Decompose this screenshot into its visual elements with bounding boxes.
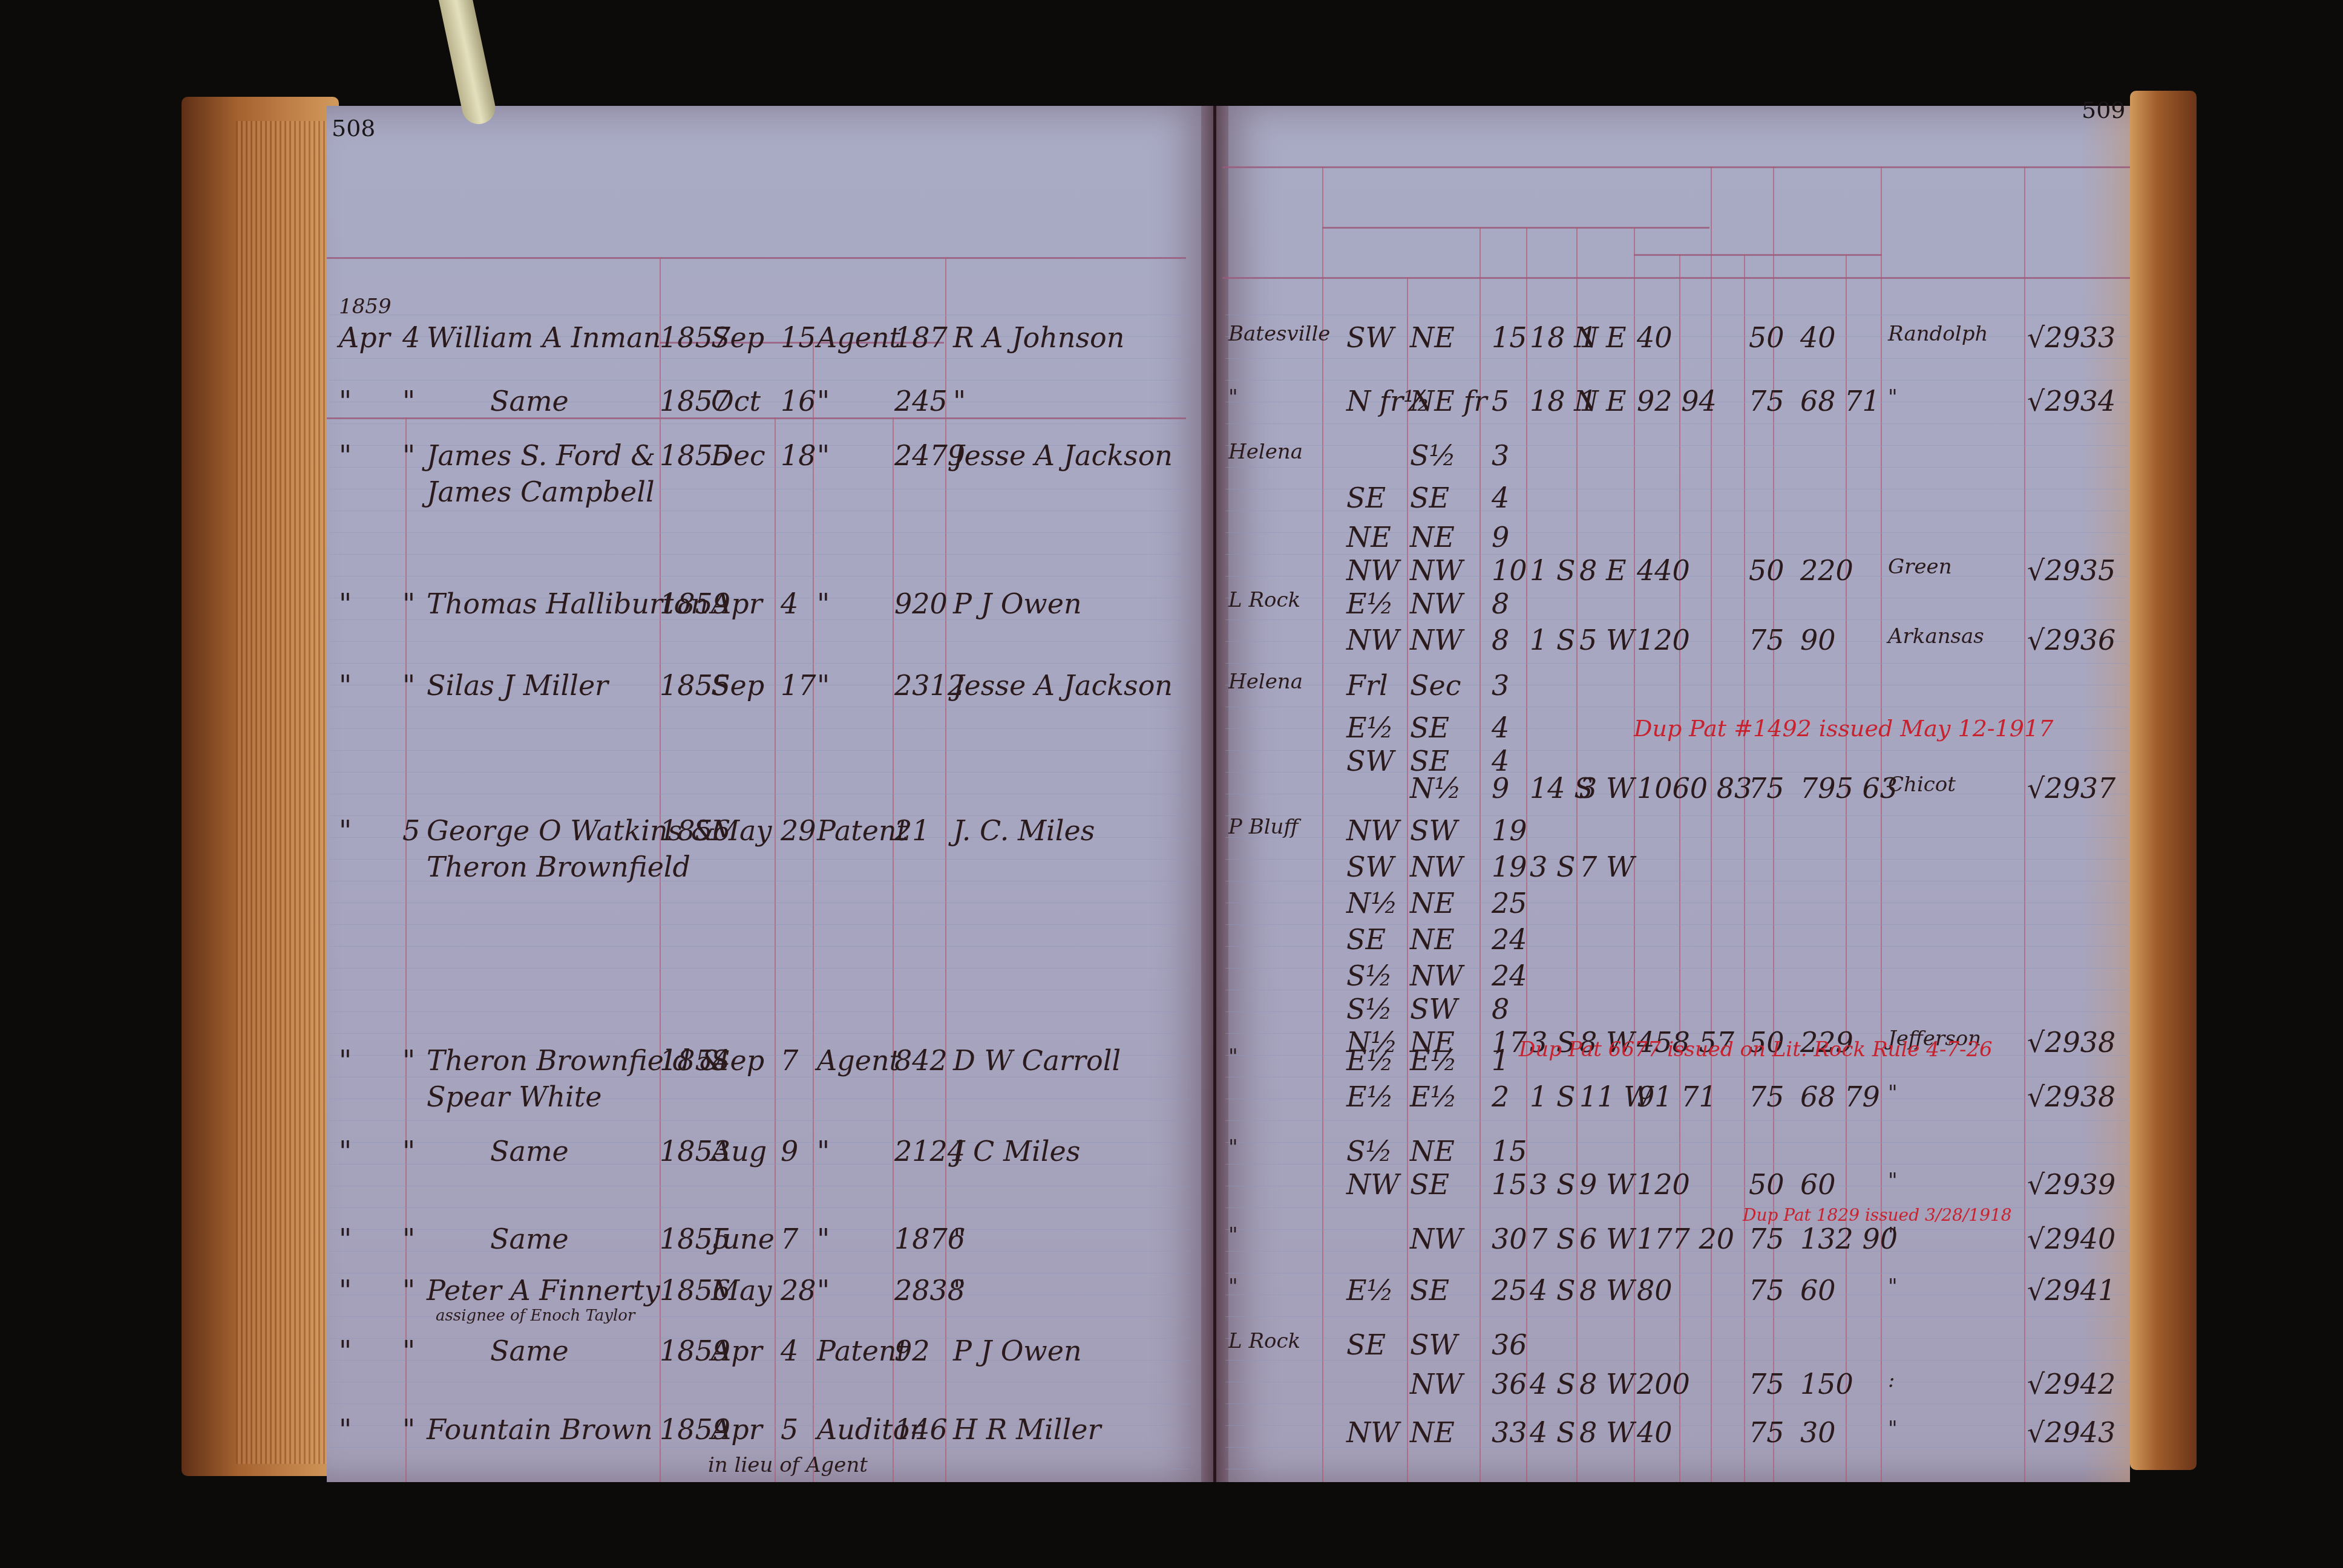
cell-sub2: Sec [1410,671,1461,699]
ruled-line [330,380,1189,381]
col-line [1407,277,1408,1482]
ruled-line [330,1033,1189,1034]
cell-sub2: NE fr [1410,387,1487,415]
cell-sub1: E½ [1346,1083,1394,1111]
cell-office: " [1228,1047,1238,1067]
ruled-line [330,1186,1189,1186]
col-line [813,342,814,1482]
ruled-line [330,728,1189,729]
cell-twp: 4 S [1530,1276,1575,1304]
cell-county: Randolph [1888,324,1988,344]
cell-acres: 440 [1637,557,1690,584]
ruled-line [330,576,1189,577]
cell-rng: 7 W [1579,853,1634,881]
cell-month: " [339,1337,352,1365]
ruled-line [1225,445,2127,446]
cell-acres: 40 [1637,1419,1673,1446]
cell-how: Agent [817,1047,900,1074]
cell-patent-no: √2943 [2027,1419,2115,1446]
ruled-line [330,707,1189,707]
cell-rng: 8 W [1579,1419,1634,1446]
cell-office: " [1228,1276,1238,1297]
cell-amount: 30 [1800,1419,1836,1446]
cell-patent-no: √2941 [2027,1276,2115,1304]
cell-rng: 3 W [1579,774,1634,802]
cell-month: " [339,1225,352,1253]
ruled-line [330,1011,1189,1012]
cell-amount: 68 79 [1800,1083,1880,1111]
ruled-line [1225,467,2127,468]
cell-name-note: assignee of Enoch Taylor [436,1308,635,1324]
cell-how: " [817,1225,830,1253]
col-line [1679,254,1680,1482]
ruled-line [330,794,1189,794]
ruled-line [330,903,1189,903]
cell-twp: 1 S [1530,557,1575,584]
ruled-line [1225,1120,2127,1121]
col-line [1744,254,1745,1482]
cell-day: " [402,1276,415,1304]
cell-sec: 3 [1492,442,1509,469]
cell-sub1: SW [1346,747,1394,775]
cell-amount: 132 90 [1800,1225,1898,1253]
cell-to-whom: Jesse A Jackson [953,442,1173,469]
ruled-line [330,924,1189,925]
cell-name-line2: Theron Brownfield [427,853,690,881]
cell-county: " [1888,1419,1898,1439]
cell-sub1: N½ [1346,889,1398,917]
cell-sec: 24 [1492,962,1527,990]
cell-day: " [402,1337,415,1365]
book-cover-right [2130,91,2197,1470]
cell-sec: 36 [1492,1370,1527,1398]
cell-sub2: NE [1410,1137,1455,1165]
col-line [1846,254,1847,1482]
cell-to-whom: Jesse A Jackson [953,671,1173,699]
cell-rng: 6 W [1579,1225,1634,1253]
ruled-line [1225,1273,2127,1273]
cell-name: Same [490,387,569,415]
cell-office: " [1228,1137,1238,1158]
cell-sub1: S½ [1346,995,1392,1023]
cell-acres: 120 [1637,1171,1690,1198]
cell-how: Agent [817,324,900,351]
cell-day: " [402,590,415,618]
cell-entry-month: Apr [711,590,762,618]
cell-twp: 3 S [1530,1171,1575,1198]
cell-day: " [402,1047,415,1074]
cell-patent-no: √2939 [2027,1171,2115,1198]
header-rule-top-left [327,257,1186,259]
cell-sub2: NE [1410,889,1455,917]
cell-entry-month: May [711,1276,772,1304]
cell-sec: 10 [1492,557,1527,584]
ruled-line [1225,358,2127,359]
cell-rate: 75 [1749,1276,1784,1304]
cell-patent-no: √2936 [2027,626,2115,654]
col-line [1881,166,1882,1482]
left-page-number: 508 [332,115,376,142]
cell-day: 4 [402,324,420,351]
cell-rng: 1 E [1579,387,1626,415]
cell-how: " [817,590,830,618]
cell-entry-day: 7 [781,1225,798,1253]
cell-sub1: SE [1346,926,1386,953]
cell-month: " [339,387,352,415]
cell-entry-day: 29 [781,817,816,844]
cell-rng: 8 E [1579,557,1626,584]
ruled-line [330,641,1189,642]
cell-sec: 15 [1492,1171,1527,1198]
cell-entry-day: 4 [781,590,798,618]
cell-how: " [817,1276,830,1304]
ruled-line [1225,1403,2127,1404]
cell-sec: 19 [1492,817,1527,844]
cell-to-whom: P J Owen [953,1337,1082,1365]
book-gutter [1201,106,1228,1482]
ruled-line [1225,1316,2127,1317]
cell-twp: 1 S [1530,1083,1575,1111]
cell-county: " [1888,387,1898,408]
cell-entry-day: 7 [781,1047,798,1074]
cell-amount: 40 [1800,324,1836,351]
right-page-number: 509 [2082,97,2126,123]
cell-name: James S. Ford & [427,442,655,469]
ruled-line [330,663,1189,664]
cell-sec: 2 [1492,1083,1509,1111]
cell-county: Chicot [1888,774,1956,795]
cell-entry-month: June [711,1225,775,1253]
cell-amount: 220 [1800,557,1853,584]
cell-sub1: E½ [1346,590,1394,618]
cell-day: " [402,671,415,699]
cell-amount: 150 [1800,1370,1853,1398]
cell-name: Same [490,1137,569,1165]
cell-twp: 3 S [1530,853,1575,881]
cell-sub1: S½ [1346,1137,1392,1165]
cell-county: " [1888,1276,1898,1297]
cell-sub1: SE [1346,1331,1386,1359]
cell-rng: 1 E [1579,324,1626,351]
cell-office: Helena [1228,442,1303,462]
cell-patent-no: √2942 [2027,1370,2115,1398]
cell-entry-day: 18 [781,442,816,469]
cell-sec: 33 [1492,1419,1527,1446]
cell-amount: 60 [1800,1276,1836,1304]
red-annotation: Dup Pat 6677 issued on Lit. Rock Rule 4-… [1519,1039,1993,1060]
cell-rate: 75 [1749,1225,1784,1253]
cell-to-whom: " [953,1225,966,1253]
cell-to-whom: " [953,387,966,415]
cell-sub1: Frl [1346,671,1388,699]
cell-rate: 75 [1749,387,1784,415]
cell-acres: 91 71 [1637,1083,1717,1111]
cell-patent-no: √2937 [2027,774,2115,802]
cell-acres: 200 [1637,1370,1690,1398]
cell-sub2: NW [1410,626,1463,654]
cell-rate: 50 [1749,324,1784,351]
cell-rate: 75 [1749,626,1784,654]
cell-month: " [339,1137,352,1165]
cell-sub2: NW [1410,962,1463,990]
cell-how: " [817,671,830,699]
cell-sub2: S½ [1410,442,1456,469]
cell-sec: 8 [1492,995,1509,1023]
cell-number: 21 [894,817,930,844]
cell-sec: 4 [1492,484,1509,512]
cell-sub2: NE [1410,1419,1455,1446]
cell-sec: 25 [1492,1276,1527,1304]
cell-name-line2: James Campbell [427,478,655,506]
cell-sub1: NW [1346,817,1400,844]
red-annotation: Dup Pat 1829 issued 3/28/1918 [1743,1207,2012,1224]
cell-sub2: SE [1410,1171,1449,1198]
ruled-line [1225,1077,2127,1077]
page-edges [236,121,327,1464]
cell-acres: 40 [1637,324,1673,351]
cell-day: 5 [402,817,420,844]
cell-county: Arkansas [1888,626,1984,647]
cell-sub2: SW [1410,1331,1458,1359]
cell-day: " [402,387,415,415]
cell-sec: 36 [1492,1331,1527,1359]
cell-name: Fountain Brown [427,1416,653,1443]
cell-to-whom: " [953,1276,966,1304]
cell-sub2: NW [1410,1225,1463,1253]
ruled-line [330,511,1189,511]
cell-amount: 68 71 [1800,387,1880,415]
cell-entry-month: Sep [711,324,764,351]
header-rule-sub-right [1634,254,1882,256]
cell-name: Same [490,1337,569,1365]
cell-rng: 9 W [1579,1171,1634,1198]
cell-sub2: SW [1410,817,1458,844]
cell-month: " [339,671,352,699]
cell-sub2: NE [1410,523,1455,551]
cell-entry-day: 9 [781,1137,798,1165]
cell-county: : [1888,1370,1895,1391]
header-rule-bottom-right [1222,277,2130,279]
cell-to-whom: D W Carroll [953,1047,1121,1074]
cell-amount: 90 [1800,626,1836,654]
cell-number: 146 [894,1416,948,1443]
ruled-line [1225,663,2127,664]
cell-acres: 92 94 [1637,387,1717,415]
cell-office: Helena [1228,671,1303,692]
cell-sec: 5 [1492,387,1509,415]
cell-acres: 120 [1637,626,1690,654]
cell-sec: 4 [1492,747,1509,775]
cell-sub2: NE [1410,926,1455,953]
cell-sec: 8 [1492,590,1509,618]
cell-day: " [402,1137,415,1165]
cell-sec: 25 [1492,889,1527,917]
ruled-line [330,750,1189,751]
cell-entry-month: May [711,817,772,844]
cell-sec: 4 [1492,714,1509,742]
cell-sub2: N½ [1410,774,1461,802]
cell-sub1: E½ [1346,714,1394,742]
cell-rng: 5 W [1579,626,1634,654]
cell-sub2: NW [1410,1370,1463,1398]
cell-how-note: in lieu of Agent [708,1455,868,1475]
cell-to-whom: H R Miller [953,1416,1101,1443]
cell-sub1: S½ [1346,962,1392,990]
ruled-line [330,1382,1189,1382]
cell-sec: 3 [1492,671,1509,699]
ruled-line [330,968,1189,969]
cell-entry-month: Aug [711,1137,767,1165]
cell-patent-no: √2934 [2027,387,2115,415]
cell-patent-no: √2938 [2027,1028,2115,1056]
cell-how: " [817,1137,830,1165]
cell-entry-month: Apr [711,1416,762,1443]
col-line [775,417,776,1482]
cell-sub2: E½ [1410,1083,1457,1111]
ruled-line [330,532,1189,533]
ruled-line [330,990,1189,990]
cell-number: 92 [894,1337,930,1365]
cell-sub1: SW [1346,853,1394,881]
ruled-line [330,946,1189,947]
cell-office: Batesville [1228,324,1330,344]
ruled-line [330,1120,1189,1121]
cell-sub2: NW [1410,853,1463,881]
cell-acres: 80 [1637,1276,1673,1304]
cell-sec: 30 [1492,1225,1527,1253]
cell-sub2: NE [1410,324,1455,351]
cell-sec: 15 [1492,324,1527,351]
cell-sec: 15 [1492,1137,1527,1165]
cell-sec: 1 [1492,1047,1509,1074]
cell-office: P Bluff [1228,817,1299,837]
cell-office: L Rock [1228,1331,1300,1351]
cell-office: " [1228,1225,1238,1246]
cell-sec: 9 [1492,774,1509,802]
cell-entry-day: 15 [781,324,816,351]
cell-sec: 19 [1492,853,1527,881]
cell-county: " [1888,1083,1898,1103]
ruled-line [330,554,1189,555]
cell-name: Same [490,1225,569,1253]
cell-to-whom: R A Johnson [953,324,1124,351]
header-rule-mid-right [1322,227,1709,229]
cell-sec: 8 [1492,626,1509,654]
cell-rate: 75 [1749,774,1784,802]
cell-entry-day: 28 [781,1276,816,1304]
ruled-line [1225,1469,2127,1469]
cell-entry-day: 17 [781,671,816,699]
cell-number: 920 [894,590,948,618]
cell-rng: 8 W [1579,1370,1634,1398]
col-line [1322,166,1323,1482]
cell-twp: 7 S [1530,1225,1575,1253]
cell-sub1: NE [1346,523,1391,551]
cell-sub2: NW [1410,557,1463,584]
cell-sub1: SW [1346,324,1394,351]
ruled-line [330,1403,1189,1404]
col-line [893,417,894,1482]
cell-rate: 75 [1749,1370,1784,1398]
cell-name: William A Inman [427,324,661,351]
cell-sub2: E½ [1410,1047,1457,1074]
cell-sub2: SW [1410,995,1458,1023]
cell-name: Silas J Miller [427,671,608,699]
cell-sub1: NW [1346,626,1400,654]
cell-office: " [1228,387,1238,408]
cell-entry-month: Oct [711,387,761,415]
cell-day: " [402,1225,415,1253]
ruled-line [330,1207,1189,1208]
cell-rate: 50 [1749,557,1784,584]
cell-patent-no: √2933 [2027,324,2115,351]
ruled-line [1225,423,2127,424]
col-line [1711,166,1712,1482]
cell-office: L Rock [1228,590,1300,610]
ruled-line [330,772,1189,773]
cell-county: " [1888,1171,1898,1191]
header-rule-top-right [1222,166,2130,168]
cell-twp: 4 S [1530,1419,1575,1446]
cell-number: 187 [894,324,948,351]
cell-month: " [339,817,352,844]
cell-month: " [339,590,352,618]
cell-day: " [402,1416,415,1443]
ruled-line [330,358,1189,359]
cell-sec: 24 [1492,926,1527,953]
cell-patent-no: √2940 [2027,1225,2115,1253]
cell-rng: 8 W [1579,1276,1634,1304]
cell-sub2: SE [1410,484,1449,512]
cell-how: " [817,387,830,415]
cell-number: 842 [894,1047,948,1074]
ruled-line [330,1447,1189,1448]
cell-to-whom: J. C. Miles [953,817,1095,844]
cell-sub1: E½ [1346,1047,1394,1074]
red-annotation: Dup Pat #1492 issued May 12-1917 [1634,717,2053,740]
cell-acres: 177 20 [1637,1225,1734,1253]
cell-entry-day: 5 [781,1416,798,1443]
cell-day: " [402,442,415,469]
cell-amount: 795 63 [1800,774,1898,802]
cell-sub2: NW [1410,590,1463,618]
col-line [2024,166,2025,1482]
cell-sub2: SE [1410,714,1449,742]
ruled-line [1225,707,2127,707]
cell-name: Peter A Finnerty [427,1276,660,1304]
cell-rate: 75 [1749,1419,1784,1446]
header-rule-bottom-left [327,417,1186,419]
cell-county: " [1888,1225,1898,1246]
cell-number: 245 [894,387,948,415]
cell-sub2: SE [1410,747,1449,775]
cell-sub2: SE [1410,1276,1449,1304]
cell-twp: 1 S [1530,626,1575,654]
cell-month: Apr [339,324,390,351]
ruled-line [330,1077,1189,1077]
cell-acres: 1060 83 [1637,774,1752,802]
cell-how: " [817,442,830,469]
cell-rate: 50 [1749,1171,1784,1198]
cell-entry-day: 16 [781,387,816,415]
cell-rate: 75 [1749,1083,1784,1111]
cell-entry-day: 4 [781,1337,798,1365]
cell-county: Green [1888,557,1952,577]
cell-entry-month: Dec [711,442,765,469]
cell-sub1: NW [1346,557,1400,584]
cell-amount: 60 [1800,1171,1836,1198]
cell-month: " [339,1047,352,1074]
